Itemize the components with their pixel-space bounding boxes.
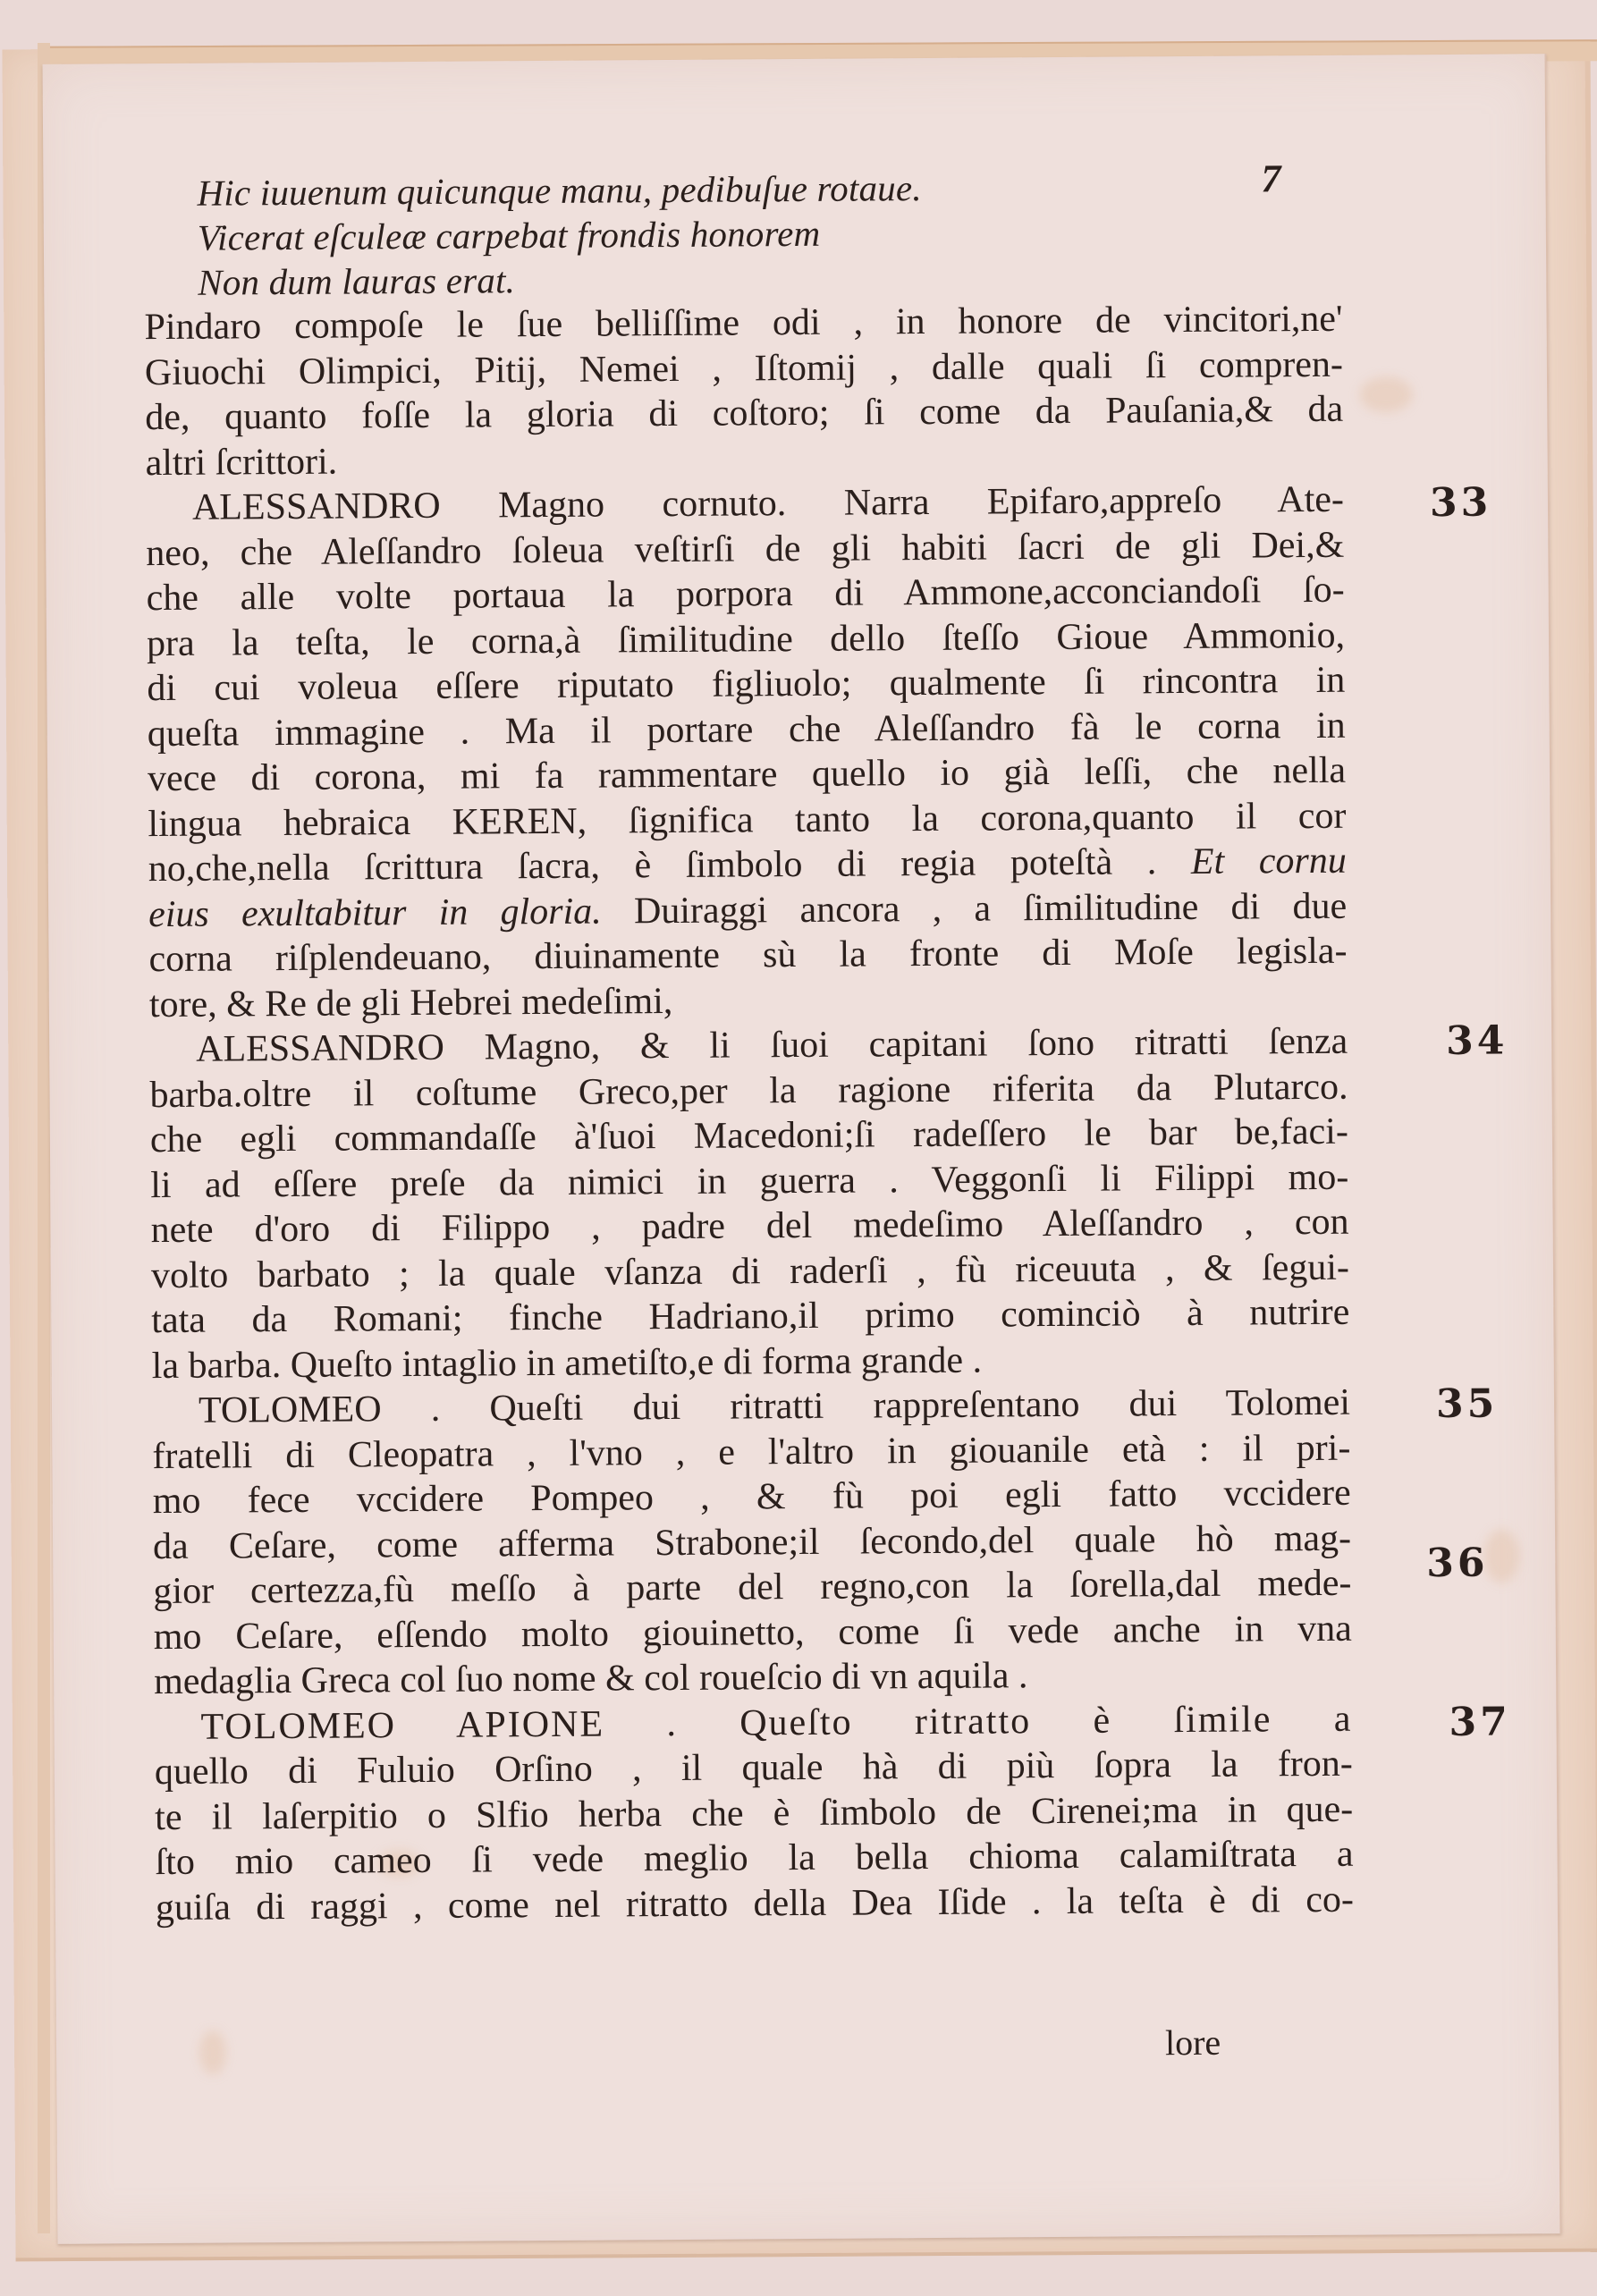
text-line: mo Ceſare, eſſendo molto giouinetto, com…: [154, 1606, 1352, 1659]
text-span: no,che,nella ſcrittura ſacra, è ſimbolo …: [148, 841, 1157, 890]
text-line: Giuochi Olimpici, Pitij, Nemei , Iſtomij…: [145, 342, 1343, 395]
text-line: tore, & Re de gli Hebrei medeſimi,: [149, 974, 1348, 1027]
margin-number: 34: [1446, 1017, 1508, 1063]
text-line: ALESSANDRO Magno cornuto. Narra Epifaro,…: [146, 477, 1344, 531]
text-line: altri ſcrittori.: [145, 432, 1343, 485]
text-line: di cui voleua eſſere riputato figliuolo;…: [147, 658, 1345, 712]
text-line: quello di Fuluio Orſino , il quale hà di…: [155, 1742, 1353, 1795]
text-line: la barba. Queſto intaglio in ametiſto,e …: [152, 1335, 1350, 1389]
text-line: TOLOMEO . Queſti dui ritratti rappreſent…: [152, 1380, 1350, 1434]
text-line: vece di corona, mi fa rammentare quello …: [148, 748, 1346, 802]
text-line: li ad eſſere preſe da nimici in guerra .…: [150, 1154, 1348, 1208]
text-line: medaglia Greca col ſuo nome & col roueſc…: [154, 1651, 1352, 1705]
paragraph-37-tolomeo-apione: 37 TOLOMEO APIONE . Queſto ritratto è ſi…: [154, 1696, 1416, 1930]
catchword: lore: [1165, 2022, 1221, 2064]
paragraph-34-alessandro-senza-barba: 34 ALESSANDRO Magno, & li ſuoi capitani …: [149, 1018, 1413, 1389]
text-line: volto barbato ; la quale vſanza di rader…: [151, 1245, 1349, 1298]
text-line: de, quanto foſſe la gloria di coſtoro; ſ…: [145, 387, 1343, 441]
text-line: gior certezza,fù meſſo à parte del regno…: [153, 1561, 1351, 1615]
text-line: eius exultabitur in gloria. Duiraggi anc…: [148, 883, 1347, 937]
margin-number: 35: [1436, 1381, 1499, 1427]
text-line: corna riſplendeuano, diuinamente sù la f…: [148, 929, 1347, 983]
text-line: pra la teſta, le corna,à ſimilitudine de…: [147, 612, 1345, 666]
paragraph-36-tolomeo-secondo: 36 gior certezza,fù meſſo à parte del re…: [153, 1560, 1415, 1704]
text-line: lingua hebraica KEREN, ſignifica tanto l…: [148, 793, 1346, 847]
text-line: da Ceſare, come afferma Strabone;il ſeco…: [153, 1515, 1351, 1569]
text-line: che egli commandaſſe à'ſuoi Macedoni;ſi …: [150, 1110, 1348, 1163]
foxing-stain: [1483, 1529, 1519, 1583]
text-line: te il laſerpitio o Slfio herba che è ſim…: [155, 1786, 1353, 1840]
foxing-stain: [199, 2030, 226, 2075]
paragraph-33-alessandro-cornuto: 33 ALESSANDRO Magno cornuto. Narra Epifa…: [146, 477, 1410, 1027]
margin-number: 37: [1449, 1699, 1511, 1744]
text-line: ALESSANDRO Magno, & li ſuoi capitani ſon…: [149, 1019, 1348, 1073]
text-line: mo fece vccidere Pompeo , & fù poi egli …: [153, 1471, 1351, 1524]
text-line: neo, che Aleſſandro ſoleua veſtirſi de g…: [146, 522, 1344, 576]
text-span: Duiraggi ancora , a ſimilitudine di due: [602, 885, 1348, 932]
text-line: nete d'oro di Filippo , padre del medeſi…: [150, 1200, 1348, 1254]
text-line: TOLOMEO APIONE . Queſto ritratto è ſimil…: [154, 1696, 1352, 1750]
latin-quote: Et cornu: [1191, 840, 1347, 882]
text-line: no,che,nella ſcrittura ſacra, è ſimbolo …: [148, 839, 1347, 892]
text-line: queſta immagine . Ma il portare che Aleſ…: [148, 703, 1346, 756]
paragraph-pindaro: Pindaro compoſe le ſue belliſſime odi , …: [144, 296, 1406, 485]
margin-number: 33: [1430, 480, 1492, 526]
printed-leaf: 7 Hic iuuenum quicunque manu, pedibuſue …: [43, 54, 1562, 2244]
text-line: guiſa di raggi , come nel ritratto della…: [156, 1877, 1354, 1930]
text-line: che alle volte portaua la porpora di Amm…: [147, 568, 1345, 621]
latin-verse: Hic iuuenum quicunque manu, pedibuſue ro…: [143, 162, 1405, 305]
text-line: barba.oltre il coſtume Greco,per la ragi…: [149, 1064, 1348, 1118]
paragraph-35-tolomeo: 35 TOLOMEO . Queſti dui ritratti rappreſ…: [152, 1380, 1414, 1569]
text-block: Hic iuuenum quicunque manu, pedibuſue ro…: [143, 162, 1416, 1930]
text-line: tata da Romani; finche Hadriano,il primo…: [151, 1290, 1349, 1344]
text-line: fratelli di Cleopatra , l'vno , e l'altr…: [152, 1425, 1350, 1479]
text-line: ſto mio cameo ſi vede meglio la bella ch…: [155, 1832, 1353, 1886]
margin-number: 36: [1426, 1541, 1489, 1586]
latin-quote: eius exultabitur in gloria.: [148, 891, 602, 935]
text-line: Pindaro compoſe le ſue belliſſime odi , …: [144, 297, 1342, 350]
